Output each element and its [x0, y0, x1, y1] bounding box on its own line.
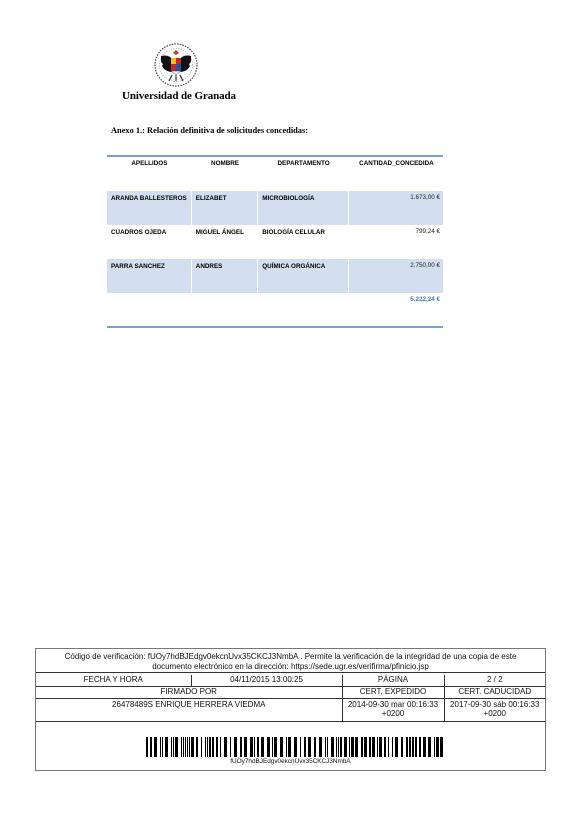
cell-departamento: BIOLOGÍA CELULAR: [258, 225, 349, 259]
verification-code-line1: Código de verificación: fUOy7hdBJEdgv0ek…: [36, 652, 545, 662]
grants-table: APELLIDOS NOMBRE DEPARTAMENTO CANTIDAD_C…: [107, 155, 443, 328]
cell-apellidos: PARRA SANCHEZ: [107, 259, 191, 293]
university-name: Universidad de Granada: [122, 90, 236, 102]
verification-box: Código de verificación: fUOy7hdBJEdgv0ek…: [35, 648, 546, 771]
total-amount: 5.222,24 €: [348, 293, 443, 327]
verification-code-text: Código de verificación: fUOy7hdBJEdgv0ek…: [36, 649, 545, 673]
cell-departamento: QUÍMICA ORGÁNICA: [258, 259, 349, 293]
cert-caducidad-value: 2017-09-30 sáb 00:16:33 +0200: [444, 699, 545, 722]
cell-nombre: MIGUEL ÁNGEL: [191, 225, 257, 259]
table-row: PARRA SANCHEZ ANDRES QUÍMICA ORGÁNICA 2.…: [107, 259, 443, 293]
firmado-label: FIRMADO POR: [36, 687, 342, 699]
column-header-apellidos: APELLIDOS: [107, 156, 191, 191]
signature-table: FECHA Y HORA 04/11/2015 13:00:25 PÁGINA …: [36, 675, 545, 722]
cert-expedido-label: CERT. EXPEDIDO: [342, 687, 444, 699]
table-row: CUADROS OJEDA MIGUEL ÁNGEL BIOLOGÍA CELU…: [107, 225, 443, 259]
cell-nombre: ANDRES: [191, 259, 257, 293]
column-header-nombre: NOMBRE: [191, 156, 257, 191]
fecha-value: 04/11/2015 13:00:25: [191, 675, 342, 687]
fecha-label: FECHA Y HORA: [36, 675, 191, 687]
pagina-value: 2 / 2: [444, 675, 545, 687]
cell-empty: [107, 293, 191, 327]
cell-nombre: ELIZABET: [191, 191, 257, 225]
table-row: ARANDA BALLESTEROS ELIZABET MICROBIOLOGÍ…: [107, 191, 443, 225]
barcode-text: fUOy7hdBJEdgv0ekcnUvx35CKCJ3NmbA: [36, 758, 545, 765]
cell-apellidos: CUADROS OJEDA: [107, 225, 191, 259]
annex-title: Anexo 1.: Relación definitiva de solicit…: [111, 126, 308, 135]
cert-caducidad-label: CERT. CADUCIDAD: [444, 687, 545, 699]
cell-empty: [258, 293, 349, 327]
cell-empty: [191, 293, 257, 327]
table-header-row: APELLIDOS NOMBRE DEPARTAMENTO CANTIDAD_C…: [107, 156, 443, 191]
cell-cantidad: 1.673,00 €: [348, 191, 443, 225]
verification-code-line2: documento electrónico en la dirección: h…: [36, 662, 545, 672]
university-crest-icon: [151, 42, 201, 88]
cell-cantidad: 799,24 €: [348, 225, 443, 259]
column-header-departamento: DEPARTAMENTO: [258, 156, 349, 191]
cell-departamento: MICROBIOLOGÍA: [258, 191, 349, 225]
cell-cantidad: 2.750,00 €: [348, 259, 443, 293]
pagina-label: PÁGINA: [342, 675, 444, 687]
table-total-row: 5.222,24 €: [107, 293, 443, 327]
cert-expedido-value: 2014-09-30 mar 00:16:33 +0200: [342, 699, 444, 722]
firmante: 26478489S ENRIQUE HERRERA VIEDMA: [36, 699, 342, 722]
column-header-cantidad: CANTIDAD_CONCEDIDA: [348, 156, 443, 191]
barcode-icon: [146, 737, 446, 757]
cell-apellidos: ARANDA BALLESTEROS: [107, 191, 191, 225]
